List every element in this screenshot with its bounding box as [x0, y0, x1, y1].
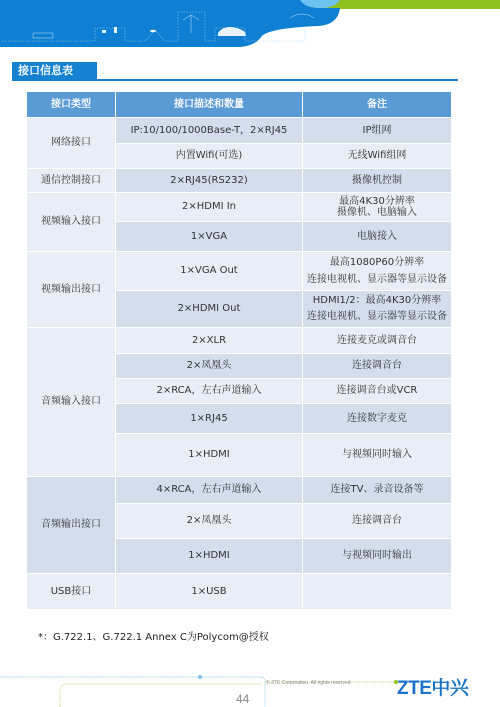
note-line: 连接电视机、显示器等显示设备 — [305, 271, 449, 288]
interface-info-table: 接口类型 接口描述和数量 备注 网络接口 IP:10/100/1000Base-… — [26, 91, 452, 610]
note-cell — [303, 574, 452, 610]
interface-type-cell: 音频输入接口 — [27, 328, 116, 477]
description-cell: 2×HDMI In — [116, 193, 303, 222]
note-cell: 最高4K30分辨率 摄像机、电脑输入 — [303, 193, 452, 222]
header-description: 接口描述和数量 — [116, 92, 303, 118]
table-row: 音频输入接口 2×XLR 连接麦克或调音台 — [27, 328, 452, 354]
page-number: 44 — [236, 692, 249, 706]
description-cell: 1×VGA Out — [116, 252, 303, 291]
table-header-row: 接口类型 接口描述和数量 备注 — [27, 92, 452, 118]
table-row: 网络接口 IP:10/100/1000Base-T，2×RJ45 IP组网 — [27, 118, 452, 144]
description-cell: 1×VGA — [116, 222, 303, 252]
footnote: *：G.722.1、G.722.1 Annex C为Polycom@授权 — [38, 628, 269, 643]
note-line: 摄像机、电脑输入 — [305, 207, 449, 218]
section-divider — [12, 79, 458, 81]
interface-type-cell: 视频输入接口 — [27, 193, 116, 252]
interface-type-cell: 通信控制接口 — [27, 169, 116, 193]
section-title: 接口信息表 — [12, 62, 97, 80]
note-cell: 无线Wifi组网 — [303, 144, 452, 169]
note-cell: 连接数字麦克 — [303, 404, 452, 434]
header-notes: 备注 — [303, 92, 452, 118]
table-row: 音频输出接口 4×RCA，左右声道输入 连接TV、录音设备等 — [27, 477, 452, 504]
description-cell: 2×XLR — [116, 328, 303, 354]
description-cell: 1×RJ45 — [116, 404, 303, 434]
copyright-text: © ZTE Corporation. All rights reserved — [266, 680, 351, 686]
description-cell: 4×RCA，左右声道输入 — [116, 477, 303, 504]
description-cell: 2×HDMI Out — [116, 291, 303, 328]
note-cell: IP组网 — [303, 118, 452, 144]
note-cell: 连接麦克或调音台 — [303, 328, 452, 354]
interface-type-cell: 音频输出接口 — [27, 477, 116, 574]
description-cell: 内置Wifi(可选) — [116, 144, 303, 169]
note-cell: 摄像机控制 — [303, 169, 452, 193]
note-cell: 最高1080P60分辨率 连接电视机、显示器等显示设备 — [303, 252, 452, 291]
note-cell: HDMI1/2：最高4K30分辨率 连接电视机、显示器等显示设备 — [303, 291, 452, 328]
note-line: 最高1080P60分辨率 — [305, 254, 449, 271]
note-cell: 连接调音台 — [303, 504, 452, 539]
description-cell: 2×RCA，左右声道输入 — [116, 379, 303, 404]
description-cell: 2×RJ45(RS232) — [116, 169, 303, 193]
table-row: USB接口 1×USB — [27, 574, 452, 610]
description-cell: 1×HDMI — [116, 434, 303, 477]
description-cell: 1×HDMI — [116, 539, 303, 574]
note-line: HDMI1/2：最高4K30分辨率 — [305, 293, 449, 309]
note-cell: 连接调音台 — [303, 354, 452, 379]
description-cell: IP:10/100/1000Base-T，2×RJ45 — [116, 118, 303, 144]
table-row: 通信控制接口 2×RJ45(RS232) 摄像机控制 — [27, 169, 452, 193]
description-cell: 2×凤凰头 — [116, 354, 303, 379]
note-cell: 与视频同时输出 — [303, 539, 452, 574]
interface-type-cell: USB接口 — [27, 574, 116, 610]
note-cell: 与视频同时输入 — [303, 434, 452, 477]
description-cell: 1×USB — [116, 574, 303, 610]
table-row: 视频输出接口 1×VGA Out 最高1080P60分辨率 连接电视机、显示器等… — [27, 252, 452, 291]
note-line: 最高4K30分辨率 — [305, 196, 449, 207]
table-row: 视频输入接口 2×HDMI In 最高4K30分辨率 摄像机、电脑输入 — [27, 193, 452, 222]
note-cell: 连接TV、录音设备等 — [303, 477, 452, 504]
note-cell: 连接调音台或VCR — [303, 379, 452, 404]
interface-type-cell: 视频输出接口 — [27, 252, 116, 328]
note-cell: 电脑接入 — [303, 222, 452, 252]
interface-type-cell: 网络接口 — [27, 118, 116, 169]
header-banner — [0, 0, 500, 50]
description-cell: 2×凤凰头 — [116, 504, 303, 539]
note-line: 连接电视机、显示器等显示设备 — [305, 309, 449, 325]
header-interface-type: 接口类型 — [27, 92, 116, 118]
zte-logo: ZTE中兴 — [397, 673, 468, 700]
